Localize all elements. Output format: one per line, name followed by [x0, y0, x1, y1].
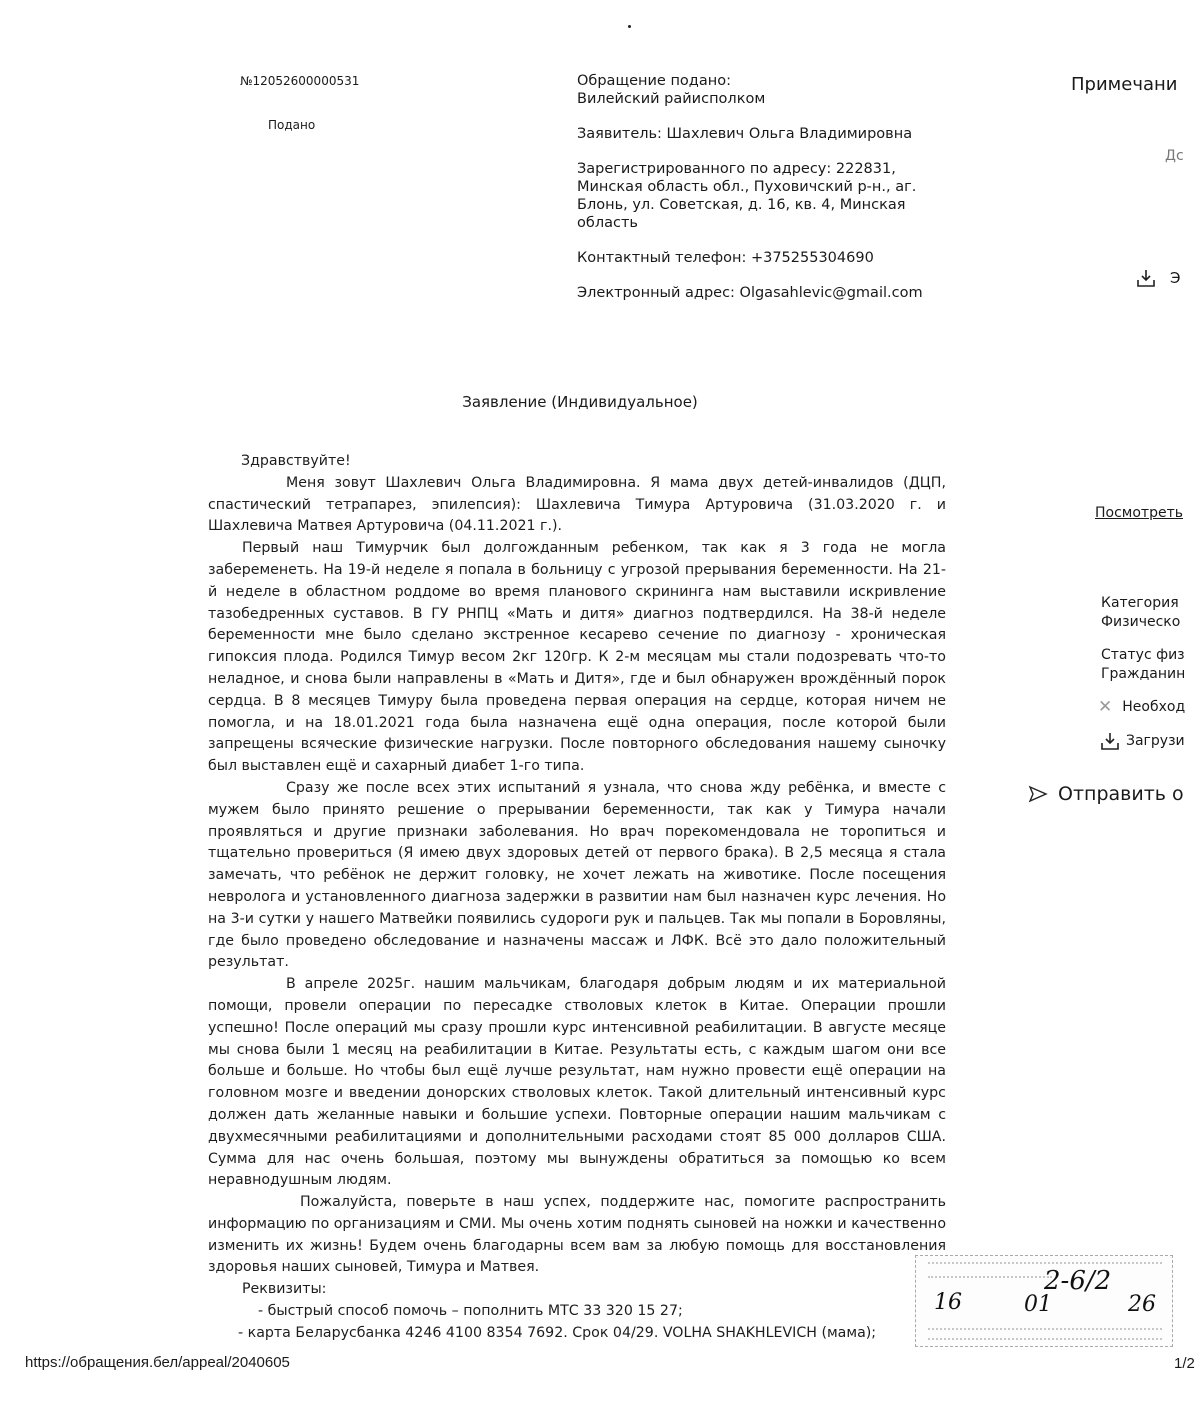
requisites-title: Реквизиты: — [208, 1279, 946, 1301]
submitted-to: Обращение подано: Вилейский райисполком — [577, 72, 957, 108]
download-icon — [1136, 268, 1156, 288]
view-link[interactable]: Посмотреть — [1095, 505, 1183, 521]
send-icon — [1028, 785, 1048, 803]
greeting: Здравствуйте! — [208, 451, 946, 473]
appeal-number: №12052600000531 — [240, 74, 359, 88]
upload-button[interactable]: Загрузи — [1100, 731, 1185, 751]
status-value: Гражданин — [1101, 665, 1185, 684]
send-button[interactable]: Отправить о — [1028, 783, 1184, 805]
category-label: Категория — [1101, 594, 1180, 613]
required-item[interactable]: ✕ Необход — [1098, 697, 1185, 717]
notes-truncated-text: Дс — [1165, 148, 1184, 164]
appeal-meta: Обращение подано: Вилейский райисполком … — [577, 72, 957, 319]
scan-speck — [628, 25, 631, 28]
upload-icon — [1100, 731, 1120, 751]
page-number: 1/2 — [1174, 1355, 1195, 1372]
email: Электронный адрес: Olgasahlevic@gmail.co… — [577, 284, 957, 302]
paragraph: Сразу же после всех этих испытаний я узн… — [208, 778, 946, 974]
address: Зарегистрированного по адресу: 222831, М… — [577, 160, 957, 232]
submitted-to-value: Вилейский райисполком — [577, 91, 765, 107]
category-value: Физическо — [1101, 613, 1180, 632]
letter-body: Здравствуйте! Меня зовут Шахлевич Ольга … — [208, 451, 946, 1345]
applicant: Заявитель: Шахлевич Ольга Владимировна — [577, 125, 957, 143]
paragraph: Первый наш Тимурчик был долгожданным реб… — [208, 538, 946, 778]
stamp-reg-number: 2-6/2 — [1044, 1266, 1111, 1296]
stamp-day: 16 — [934, 1290, 962, 1315]
close-icon[interactable]: ✕ — [1098, 697, 1112, 717]
phone: Контактный телефон: +375255304690 — [577, 249, 957, 267]
submitted-to-label: Обращение подано: — [577, 73, 731, 89]
send-label: Отправить о — [1058, 783, 1184, 805]
required-label: Необход — [1122, 699, 1185, 715]
download-button[interactable]: Э — [1136, 268, 1180, 288]
download-label: Э — [1170, 269, 1180, 287]
paragraph: Пожалуйста, поверьте в наш успех, поддер… — [208, 1192, 946, 1279]
notes-title: Примечани — [1071, 74, 1177, 95]
paragraph: Меня зовут Шахлевич Ольга Владимировна. … — [208, 473, 946, 538]
page-url: https://обращения.бел/appeal/2040605 — [25, 1354, 290, 1371]
requisite-item: - карта Беларусбанка 4246 4100 8354 7692… — [208, 1323, 946, 1345]
upload-label: Загрузи — [1126, 733, 1185, 749]
submitted-status: Подано — [268, 118, 315, 132]
status-label: Статус физ — [1101, 646, 1185, 665]
category-field: Категория Физическо — [1101, 594, 1180, 632]
requisite-item: - быстрый способ помочь – пополнить МТС … — [208, 1301, 946, 1323]
paragraph: В апреле 2025г. нашим мальчикам, благода… — [208, 974, 946, 1192]
status-field: Статус физ Гражданин — [1101, 646, 1185, 684]
registration-stamp: 16 01 2-6/2 26 — [915, 1255, 1173, 1347]
stamp-year: 26 — [1128, 1292, 1156, 1317]
document-title: Заявление (Индивидуальное) — [0, 393, 1160, 411]
